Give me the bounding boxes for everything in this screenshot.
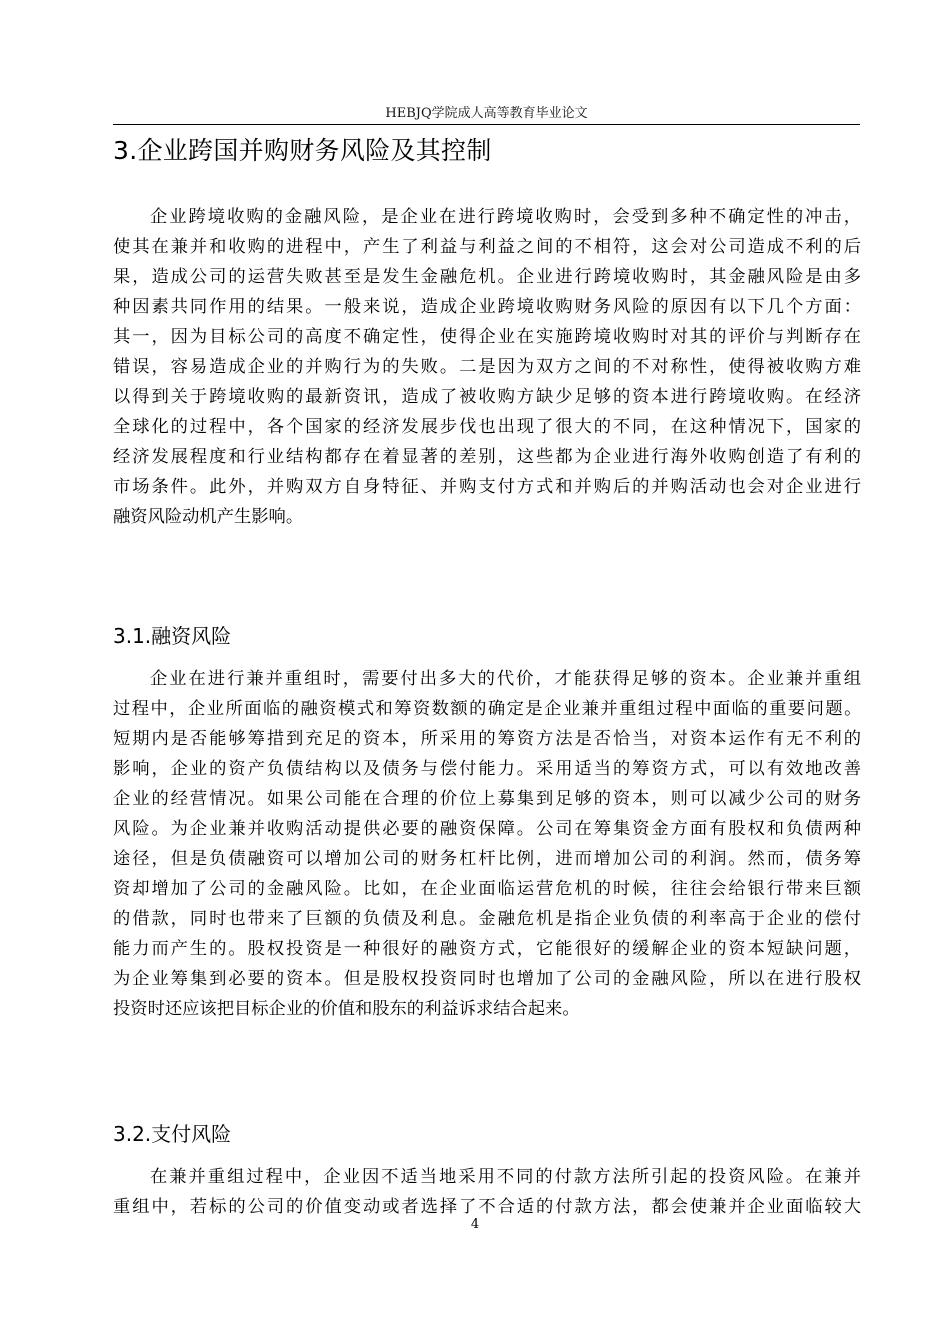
text-line: 使其在兼并和收购的进程中，产生了利益与利益之间的不相符，这会对公司造成不利的后 [113, 232, 861, 262]
text-line: 影响，企业的资产负债结构以及债务与偿付能力。采用适当的筹资方式，可以有效地改善 [113, 754, 861, 784]
header-rule [113, 124, 860, 125]
financing-risk-paragraph: 企业在进行兼并重组时，需要付出多大的代价，才能获得足够的资本。企业兼并重组 过程… [113, 664, 861, 1024]
text-line: 过程中，企业所面临的融资模式和筹资数额的确定是企业兼并重组过程中面临的重要问题。 [113, 694, 861, 724]
intro-paragraph: 企业跨境收购的金融风险，是企业在进行跨境收购时，会受到多种不确定性的冲击， 使其… [113, 202, 861, 532]
text-line: 的借款，同时也带来了巨额的负债及利息。金融危机是指企业负债的利率高于企业的偿付 [113, 904, 861, 934]
page-number: 4 [0, 1217, 950, 1233]
payment-risk-paragraph: 在兼并重组过程中，企业因不适当地采用不同的付款方法所引起的投资风险。在兼并 重组… [113, 1162, 861, 1222]
text-line: 融资风险动机产生影响。 [113, 502, 861, 532]
text-line: 错误，容易造成企业的并购行为的失败。二是因为双方之间的不对称性，使得被收购方难 [113, 352, 861, 382]
page-header: HEBJQ学院成人高等教育毕业论文 [113, 106, 860, 122]
text-line: 风险。为企业兼并收购活动提供必要的融资保障。公司在筹集资金方面有股权和负债两种 [113, 814, 861, 844]
text-line: 市场条件。此外，并购双方自身特征、并购支付方式和并购后的并购活动也会对企业进行 [113, 472, 861, 502]
text-line: 种因素共同作用的结果。一般来说，造成企业跨境收购财务风险的原因有以下几个方面： [113, 292, 861, 322]
text-line: 在兼并重组过程中，企业因不适当地采用不同的付款方法所引起的投资风险。在兼并 [113, 1162, 861, 1192]
text-line: 以得到关于跨境收购的最新资讯，造成了被收购方缺少足够的资本进行跨境收购。在经济 [113, 382, 861, 412]
text-line: 投资时还应该把目标企业的价值和股东的利益诉求结合起来。 [113, 994, 861, 1024]
text-line: 企业在进行兼并重组时，需要付出多大的代价，才能获得足够的资本。企业兼并重组 [113, 664, 861, 694]
subsection-heading-payment-risk: 3.2.支付风险 [113, 1120, 231, 1148]
text-line: 途径，但是负债融资可以增加公司的财务杠杆比例，进而增加公司的利润。然而，债务筹 [113, 844, 861, 874]
text-line: 企业跨境收购的金融风险，是企业在进行跨境收购时，会受到多种不确定性的冲击， [113, 202, 861, 232]
text-line: 果，造成公司的运营失败甚至是发生金融危机。企业进行跨境收购时，其金融风险是由多 [113, 262, 861, 292]
subsection-heading-financing-risk: 3.1.融资风险 [113, 622, 231, 650]
text-line: 其一，因为目标公司的高度不确定性，使得企业在实施跨境收购时对其的评价与判断存在 [113, 322, 861, 352]
text-line: 经济发展程度和行业结构都存在着显著的差别，这些都为企业进行海外收购创造了有利的 [113, 442, 861, 472]
text-line: 企业的经营情况。如果公司能在合理的价位上募集到足够的资本，则可以减少公司的财务 [113, 784, 861, 814]
text-line: 短期内是否能够筹措到充足的资本，所采用的筹资方法是否恰当，对资本运作有无不利的 [113, 724, 861, 754]
text-line: 为企业筹集到必要的资本。但是股权投资同时也增加了公司的金融风险，所以在进行股权 [113, 964, 861, 994]
text-line: 资却增加了公司的金融风险。比如，在企业面临运营危机的时候，往往会给银行带来巨额 [113, 874, 861, 904]
section-heading: 3.企业跨国并购财务风险及其控制 [113, 134, 492, 168]
text-line: 能力而产生的。股权投资是一种很好的融资方式，它能很好的缓解企业的资本短缺问题， [113, 934, 861, 964]
text-line: 全球化的过程中，各个国家的经济发展步伐也出现了很大的不同，在这种情况下，国家的 [113, 412, 861, 442]
